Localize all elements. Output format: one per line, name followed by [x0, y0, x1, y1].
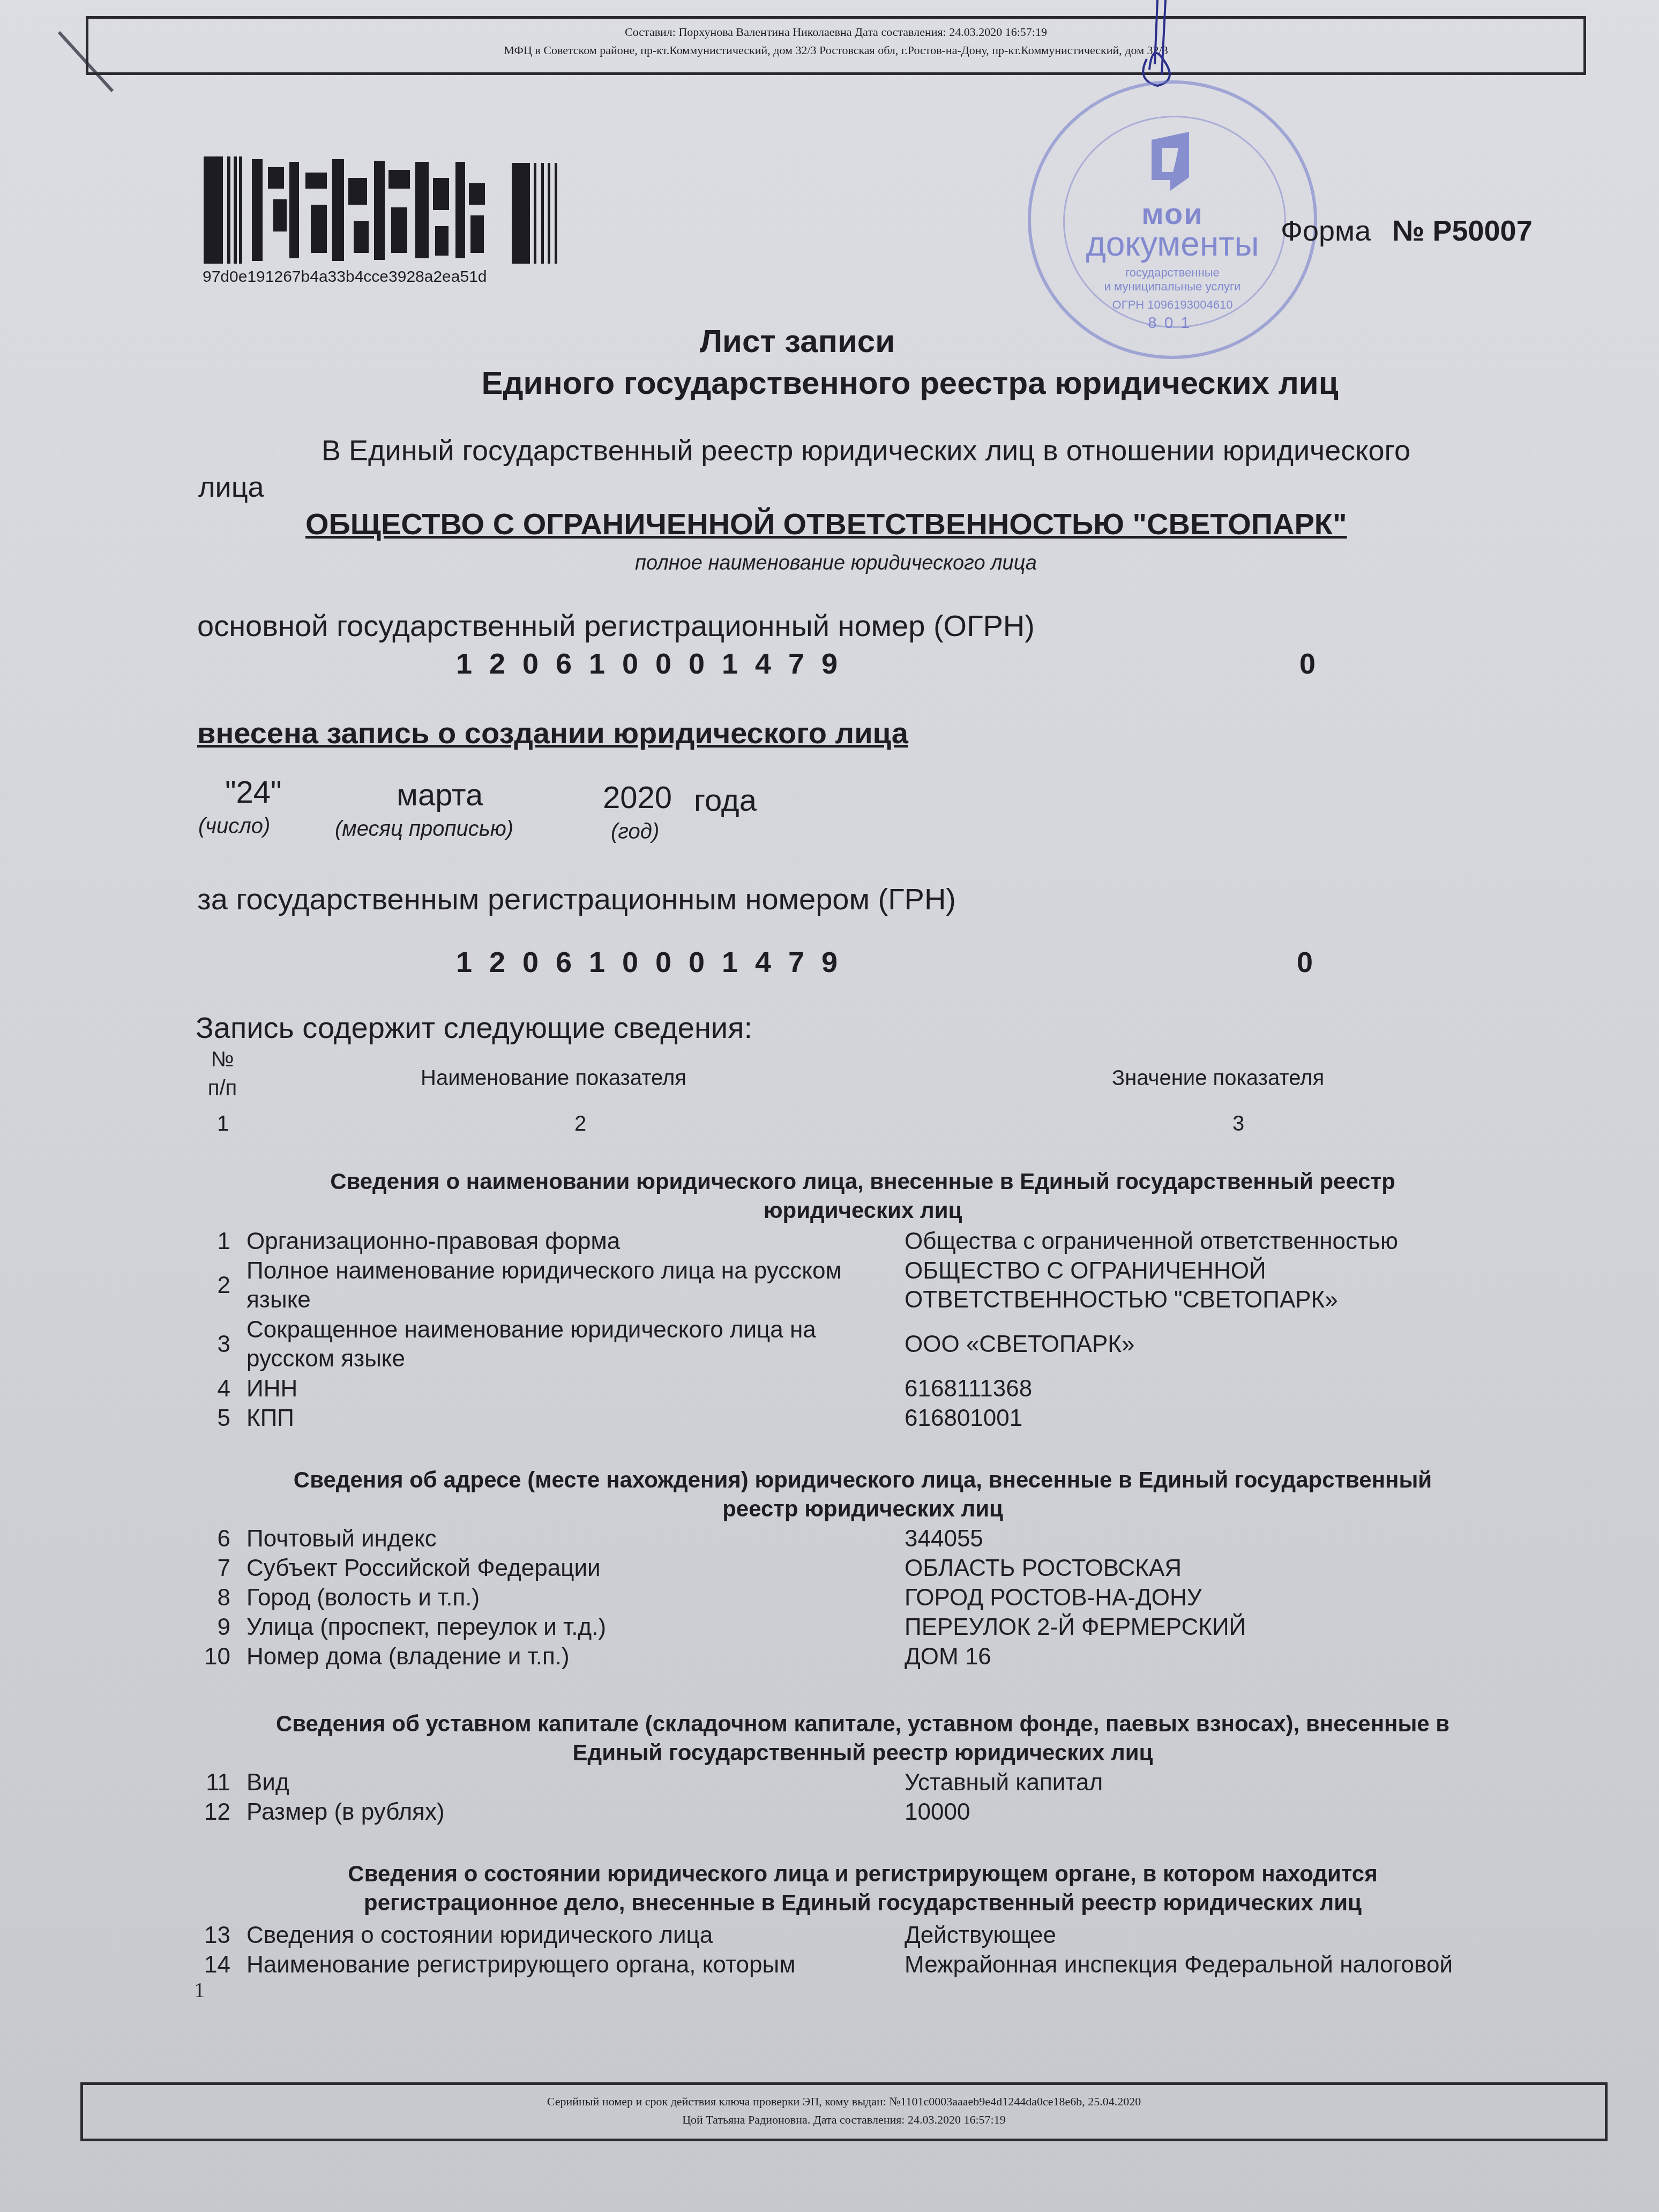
section-title-line-2: регистрационное дело, внесенные в Единый…	[198, 1888, 1527, 1917]
footer-line-1: Серийный номер и срок действия ключа про…	[83, 2093, 1605, 2111]
form-code: № Р50007	[1392, 215, 1532, 247]
row-value: 6168111368	[905, 1374, 1548, 1403]
digit: 6	[547, 647, 580, 681]
footer-line-2: Цой Татьяна Радионовна. Дата составления…	[83, 2111, 1605, 2129]
column-header-number-line-2: п/п	[206, 1074, 238, 1103]
section-title-line-1: Сведения об уставном капитале (складочно…	[198, 1709, 1527, 1738]
digit: 0	[680, 647, 713, 681]
header-line-2: МФЦ в Советском районе, пр-кт.Коммунисти…	[88, 41, 1583, 59]
digit: 0	[680, 946, 713, 979]
row-number: 1	[198, 1227, 230, 1256]
page-subtitle: Единого государственного реестра юридиче…	[80, 364, 1659, 401]
digit: 0	[647, 647, 680, 681]
date-year: 2020	[603, 780, 672, 816]
digit: 0	[614, 946, 647, 979]
section-title-line-2: реестр юридических лиц	[198, 1494, 1527, 1523]
digit: 4	[746, 946, 780, 979]
ogrn-check-digit: 0	[1299, 647, 1316, 681]
ogrn-digits: 120610001479	[447, 647, 846, 681]
entry-type: внесена запись о создании юридического л…	[197, 715, 908, 750]
digit: 1	[447, 647, 481, 681]
intro-line-1: В Единый государственный реестр юридичес…	[322, 434, 1410, 467]
row-number: 10	[198, 1642, 230, 1671]
digit: 6	[547, 946, 580, 979]
row-value: 616801001	[905, 1404, 1548, 1433]
mfc-stamp: мои документы государственные и муниципа…	[1028, 80, 1317, 359]
row-value: ОБЩЕСТВО С ОГРАНИЧЕННОЙОТВЕТСТВЕННОСТЬЮ …	[905, 1257, 1548, 1314]
form-number: Форма№ Р50007	[1281, 214, 1533, 248]
digit: 1	[713, 647, 746, 681]
row-value: Межрайонная инспекция Федеральной налого…	[905, 1951, 1548, 1979]
section-title-line-2: юридических лиц	[198, 1196, 1527, 1225]
column-index-3: 3	[1232, 1109, 1244, 1138]
barcode-icon	[204, 156, 563, 269]
digit: 4	[746, 647, 780, 681]
date-day-caption: (число)	[198, 814, 270, 839]
header-box: Составил: Порхунова Валентина Николаевна…	[86, 16, 1586, 75]
column-header-name: Наименование показателя	[421, 1064, 686, 1093]
column-header-number-line-1: №	[206, 1045, 238, 1074]
digit: 0	[614, 647, 647, 681]
stamp-ogrn: ОГРН 1096193004610	[1031, 298, 1314, 312]
row-value: ДОМ 16	[905, 1642, 1548, 1671]
row-value: 344055	[905, 1525, 1548, 1553]
digit: 7	[780, 647, 813, 681]
row-value: ПЕРЕУЛОК 2-Й ФЕРМЕРСКИЙ	[905, 1613, 1548, 1642]
date-month-caption: (месяц прописью)	[335, 817, 513, 841]
digit: 2	[481, 647, 514, 681]
row-number: 9	[198, 1613, 230, 1642]
column-index-1: 1	[217, 1109, 229, 1138]
form-label: Форма	[1281, 215, 1371, 247]
row-value: ООО «СВЕТОПАРК»	[905, 1330, 1548, 1359]
row-number: 12	[198, 1798, 230, 1827]
grn-label: за государственным регистрационным номер…	[197, 881, 956, 916]
row-value-line-1: ОБЩЕСТВО С ОГРАНИЧЕННОЙ	[905, 1257, 1548, 1286]
row-value: Общества с ограниченной ответственностью	[905, 1227, 1548, 1256]
stamp-subtitle: государственные и муниципальные услуги	[1031, 266, 1314, 294]
stamp-subtitle-line-1: государственные	[1031, 266, 1314, 280]
row-number: 6	[198, 1525, 230, 1553]
digit: 2	[481, 946, 514, 979]
section-title-address: Сведения об адресе (месте нахождения) юр…	[198, 1466, 1527, 1523]
stamp-brand-line-2: документы	[1031, 224, 1314, 264]
section-title-line-1: Сведения о состоянии юридического лица и…	[198, 1859, 1527, 1888]
legal-entity-full-name: ОБЩЕСТВО С ОГРАНИЧЕННОЙ ОТВЕТСТВЕННОСТЬЮ…	[305, 506, 1347, 541]
row-value: ГОРОД РОСТОВ-НА-ДОНУ	[905, 1583, 1548, 1612]
stamp-subtitle-line-2: и муниципальные услуги	[1031, 280, 1314, 294]
digit: 1	[580, 647, 614, 681]
row-number: 13	[198, 1921, 230, 1950]
column-header-number: № п/п	[206, 1045, 238, 1103]
contains-label: Запись содержит следующие сведения:	[196, 1010, 752, 1045]
row-number: 3	[198, 1330, 230, 1359]
header-line-1: Составил: Порхунова Валентина Николаевна…	[88, 23, 1583, 41]
digit: 1	[447, 946, 481, 979]
page-number: 1	[194, 1977, 205, 2002]
footer-box: Серийный номер и срок действия ключа про…	[80, 2082, 1608, 2141]
digit: 0	[514, 647, 547, 681]
grn-digits: 120610001479	[447, 946, 846, 979]
document-page: Составил: Порхунова Валентина Николаевна…	[0, 0, 1659, 2212]
full-name-caption: полное наименование юридического лица	[635, 552, 1037, 575]
digit: 0	[647, 946, 680, 979]
intro-line-2: лица	[198, 470, 264, 504]
row-number: 4	[198, 1374, 230, 1403]
page-title: Лист записи	[0, 323, 1627, 360]
digit: 1	[713, 946, 746, 979]
date-day: "24"	[225, 774, 282, 810]
barcode-id: 97d0e191267b4a33b4cce3928a2ea51d	[203, 268, 487, 286]
date-year-caption: (год)	[611, 820, 659, 844]
digit: 9	[813, 647, 846, 681]
column-header-value: Значение показателя	[1112, 1064, 1324, 1093]
column-index-2: 2	[574, 1109, 586, 1138]
section-title-line-1: Сведения об адресе (месте нахождения) юр…	[198, 1466, 1527, 1494]
my-documents-logo-icon	[1146, 129, 1194, 193]
section-title-name: Сведения о наименовании юридического лиц…	[198, 1167, 1527, 1225]
row-number: 8	[198, 1583, 230, 1612]
digit: 1	[580, 946, 614, 979]
row-number: 5	[198, 1404, 230, 1433]
date-month: марта	[397, 777, 483, 813]
date-year-suffix: года	[694, 782, 757, 818]
section-title-line-1: Сведения о наименовании юридического лиц…	[198, 1167, 1527, 1196]
grn-check-digit: 0	[1297, 946, 1313, 979]
row-number: 2	[198, 1271, 230, 1300]
section-title-capital: Сведения об уставном капитале (складочно…	[198, 1709, 1527, 1767]
row-value: 10000	[905, 1798, 1548, 1827]
row-value: ОБЛАСТЬ РОСТОВСКАЯ	[905, 1554, 1548, 1583]
section-title-line-2: Единый государственный реестр юридически…	[198, 1738, 1527, 1767]
section-title-status: Сведения о состоянии юридического лица и…	[198, 1859, 1527, 1917]
row-value: Действующее	[905, 1921, 1548, 1950]
row-number: 11	[198, 1768, 230, 1797]
ogrn-label: основной государственный регистрационный…	[197, 608, 1035, 643]
digit: 0	[514, 946, 547, 979]
digit: 9	[813, 946, 846, 979]
digit: 7	[780, 946, 813, 979]
row-value-line-2: ОТВЕТСТВЕННОСТЬЮ "СВЕТОПАРК»	[905, 1286, 1548, 1314]
row-number: 7	[198, 1554, 230, 1583]
row-number: 14	[198, 1951, 230, 1979]
row-value: Уставный капитал	[905, 1768, 1548, 1797]
